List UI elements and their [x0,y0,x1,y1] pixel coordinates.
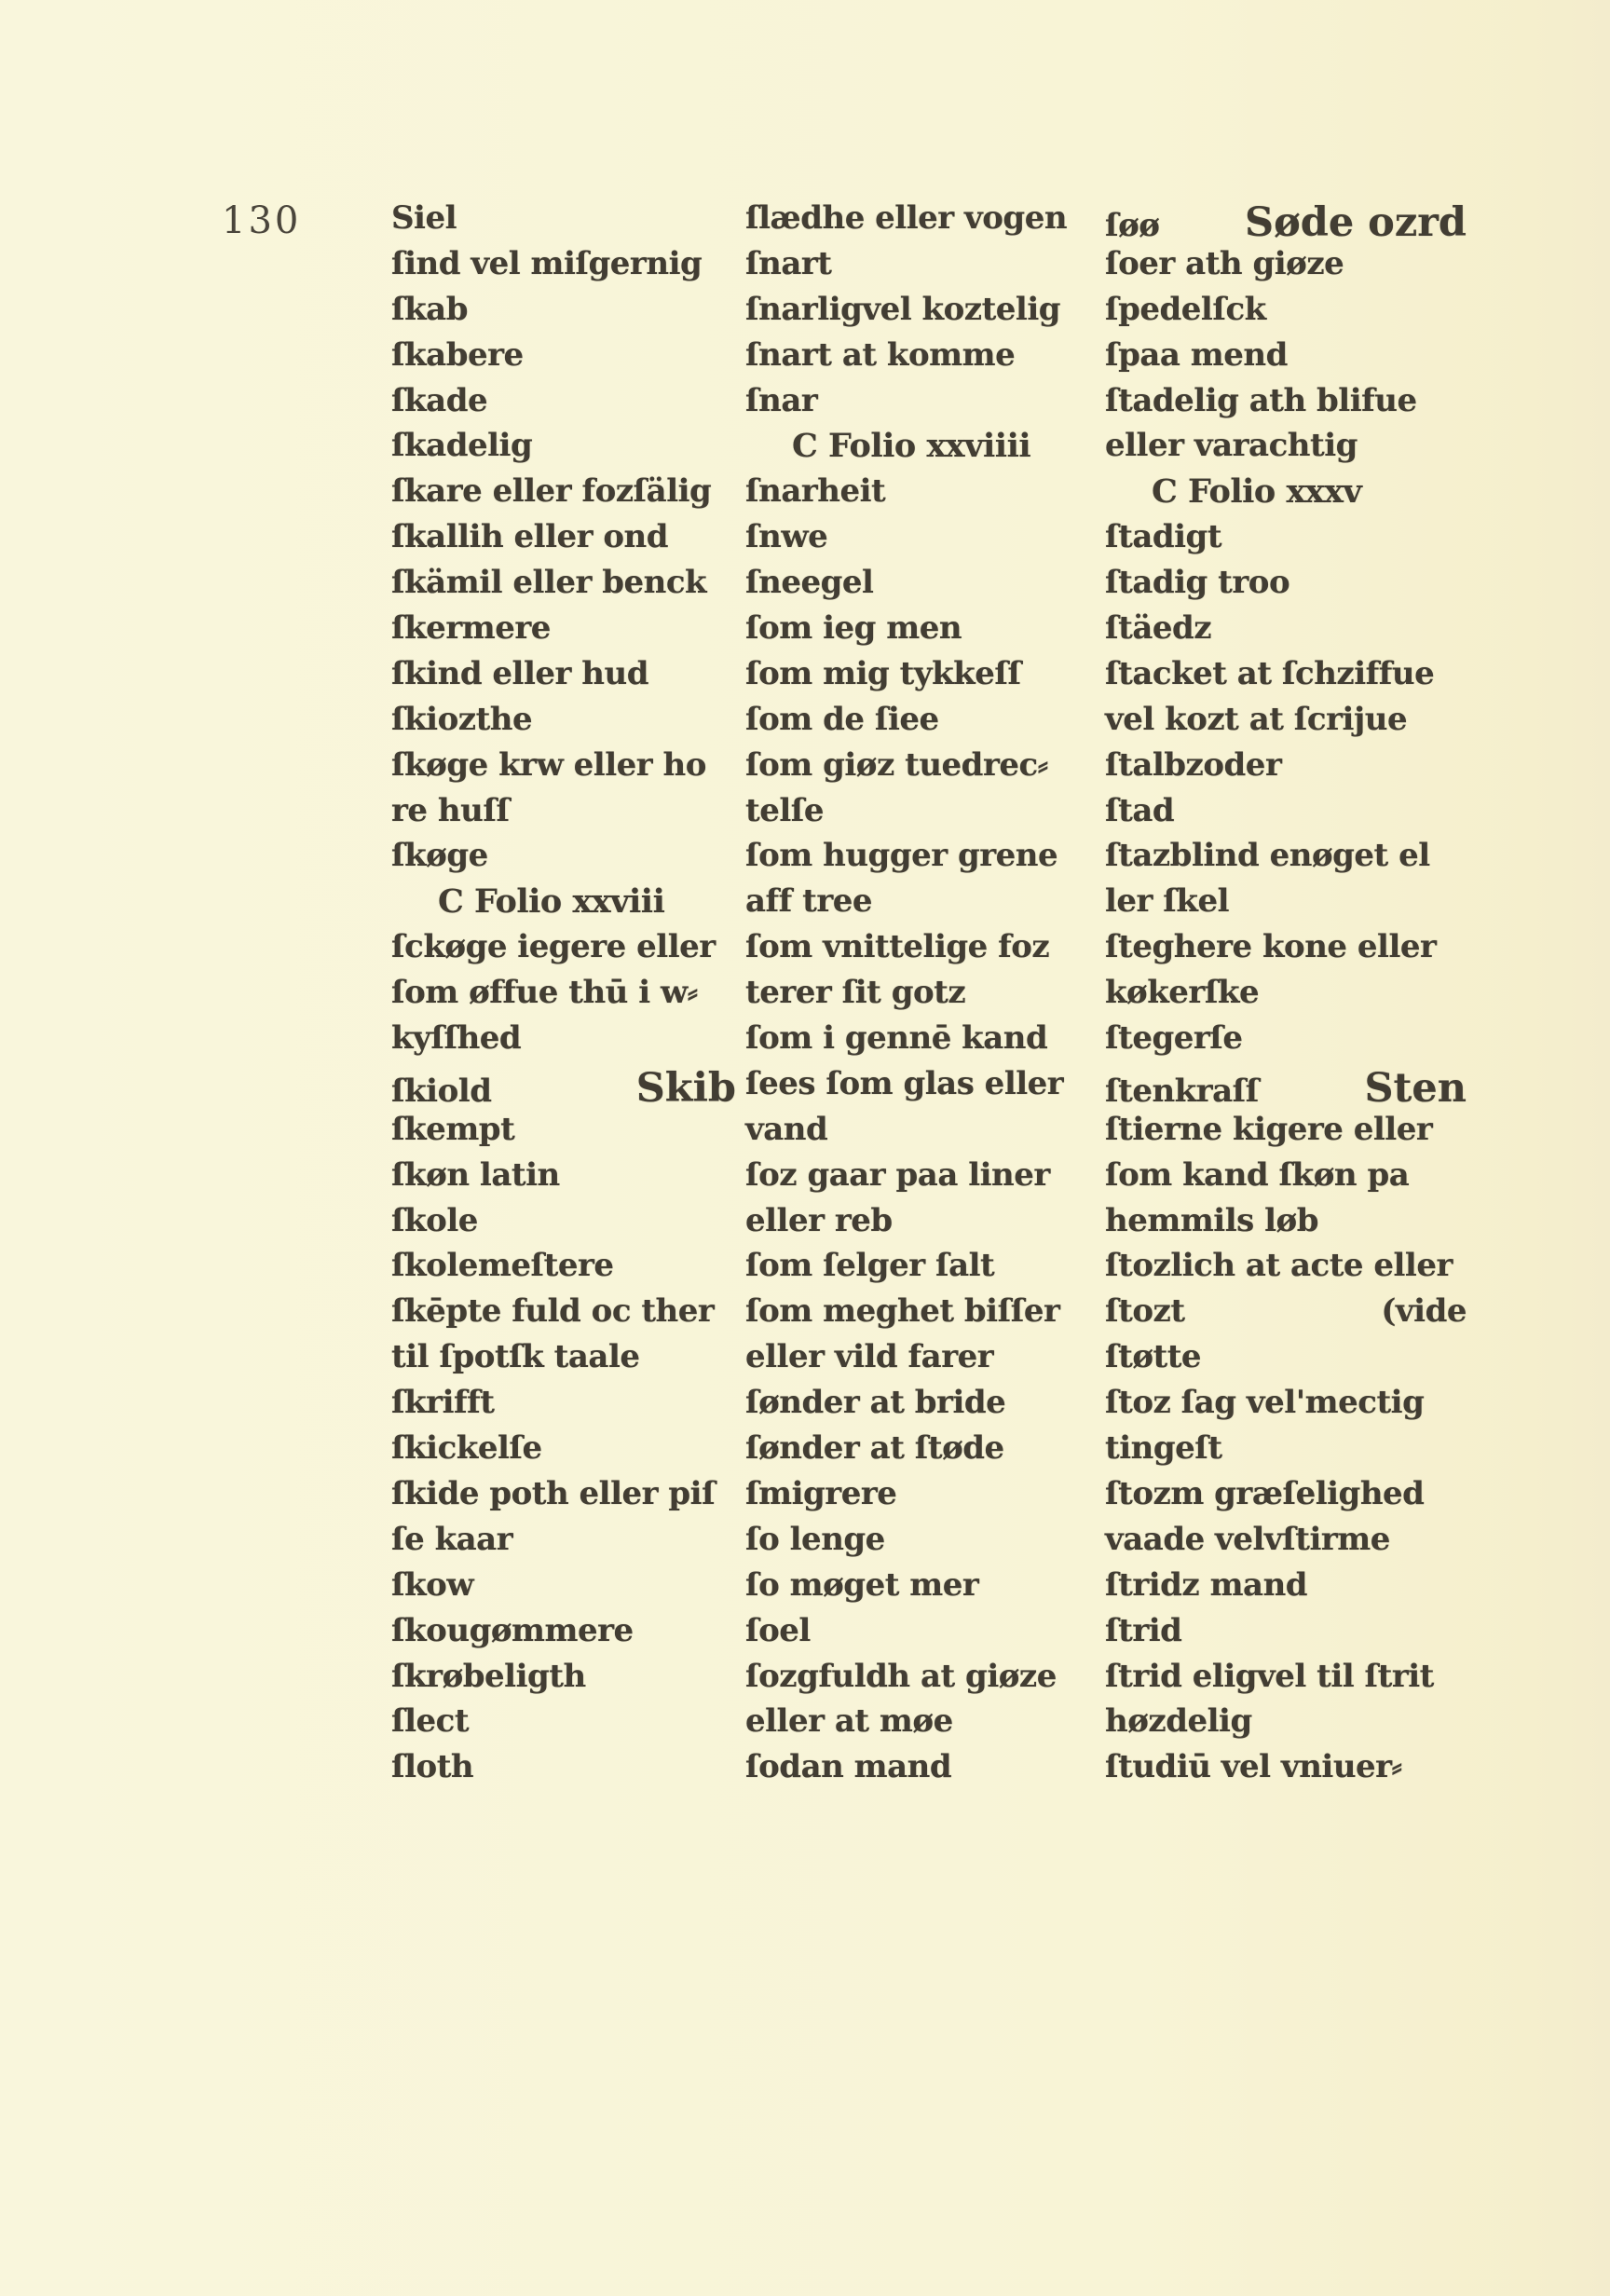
entry-line: ſtudiū vel vniuer⸗ [1105,1748,1467,1794]
entry-line: ſnwe [745,518,1094,564]
entry-word: ſoel [745,1612,811,1649]
entry-word: kyſſhed [391,1019,521,1057]
entry-word: ſom øffue thū i w⸗ [391,974,698,1011]
entry-word: ſpedelſck [1105,291,1266,328]
entry-line: ſkade [391,382,736,428]
entry-line: ſom kand ſkøn pa [1105,1156,1467,1202]
entry-word: ſkämil eller benck [391,564,706,601]
entry-word: ſtalbzoder [1105,746,1281,784]
entry-line: ſkämil eller benck [391,564,736,609]
entry-line: ſtozlich at acte eller [1105,1247,1467,1292]
entry-line: ler ſkel [1105,882,1467,928]
entry-word: ſtozm græſelighed [1105,1475,1424,1512]
entry-line: ſkøn latin [391,1156,736,1202]
entry-word: ſkabere [391,336,524,374]
entry-word: ſkempt [391,1111,514,1148]
entry-line: ſtridz mand [1105,1566,1467,1612]
entry-word: ſtrid eligvel til ſtrit [1105,1658,1434,1695]
entry-line: ſkadelig [391,427,736,472]
entry-word: telſe [745,792,824,829]
entry-line: ſom ſelger ſalt [745,1247,1094,1292]
book-page-scan: 130 Sielſind vel miſgernigſkabſkabereſka… [0,0,1610,2296]
entry-word: ſom de ſiee [745,701,939,738]
entry-word: Siel [391,199,457,237]
entry-line: ſkēpte fuld oc ther [391,1292,736,1338]
entry-word: eller at møe [745,1702,953,1740]
entry-line: ſtadelig ath blifue [1105,382,1467,428]
entry-line: ſtenkraſſSten [1105,1065,1467,1111]
folio-label: C Folio xxviiii [792,427,1030,465]
entry-word: til ſpotſk taale [391,1338,640,1375]
guide-word: Skib [629,1065,736,1112]
entry-line: ſkickelſe [391,1429,736,1475]
entry-line: ſtadigt [1105,518,1467,564]
entry-word: ſoer ath giøze [1105,245,1344,282]
entry-line: ſneegel [745,564,1094,609]
entry-line: ſkermere [391,609,736,655]
entry-word: ſkab [391,291,468,328]
entry-line: ſees ſom glas eller [745,1065,1094,1111]
entry-line: ſtazblind enøget el [1105,837,1467,882]
entry-word: ſom meghet biſſer [745,1292,1059,1330]
entry-word: ſtadelig ath blifue [1105,382,1417,419]
entry-line: eller reb [745,1202,1094,1248]
entry-line: ſkioldSkib [391,1065,736,1111]
entry-line: ſtad [1105,792,1467,838]
entry-line: ſom de ſiee [745,701,1094,746]
entry-word: ſom kand ſkøn pa [1105,1156,1409,1194]
word-list-column-2: ſlædhe eller vogenſnartſnarligvel koztel… [745,199,1094,1794]
entry-word: ſlædhe eller vogen [745,199,1067,237]
folio-heading: C Folio xxviiii [745,427,1094,472]
entry-word: ſoz gaar paa liner [745,1156,1050,1194]
folio-label: C Folio xxviii [438,882,664,921]
entry-word: ſkiozthe [391,701,532,738]
entry-word: re huſſ [391,792,510,829]
entry-line: ſtalbzoder [1105,746,1467,792]
entry-line: ſtegerſe [1105,1019,1467,1065]
entry-line: ſkrøbeligth [391,1658,736,1703]
entry-line: ſteghere kone eller [1105,928,1467,974]
entry-word: ſnar [745,382,817,419]
entry-line: ſtierne kigere eller [1105,1111,1467,1156]
entry-word: ſkade [391,382,487,419]
entry-line: vand [745,1111,1094,1156]
entry-word: ſom vnittelige foz [745,928,1049,965]
entry-line: ſoer ath giøze [1105,245,1467,291]
entry-line: ſe kaar [391,1521,736,1566]
entry-line: ſkabere [391,336,736,382]
entry-line: vaade velvſtirme [1105,1521,1467,1566]
entry-word: ſom giøz tuedrec⸗ [745,746,1048,784]
entry-line: telſe [745,792,1094,838]
entry-line: ſkolemeſtere [391,1247,736,1292]
entry-word: hemmils løb [1105,1202,1318,1239]
entry-line: ſoz gaar paa liner [745,1156,1094,1202]
entry-line: ſtäedz [1105,609,1467,655]
entry-word: ſkallih eller ond [391,518,668,555]
entry-word: ſtazblind enøget el [1105,837,1430,874]
entry-word: ſom hugger grene [745,837,1057,874]
entry-line: ſtozm græſelighed [1105,1475,1467,1521]
entry-word: køkerſke [1105,974,1259,1011]
entry-line: ſom meghet biſſer [745,1292,1094,1338]
entry-line: ſnart [745,245,1094,291]
entry-line: ſkare eller fozſälig [391,472,736,518]
entry-line: ſmigrere [745,1475,1094,1521]
entry-word: ſkide poth eller piſ [391,1475,715,1512]
entry-word: ſnarheit [745,472,885,510]
entry-word: ſtierne kigere eller [1105,1111,1432,1148]
entry-word: ſodan mand [745,1748,951,1785]
entry-line: ſpedelſck [1105,291,1467,336]
entry-word: ſkøge krw eller ho [391,746,706,784]
entry-line: ſom ieg men [745,609,1094,655]
entry-line: ſkøge krw eller ho [391,746,736,792]
entry-word: ſkolemeſtere [391,1247,614,1284]
entry-line: ſom hugger grene [745,837,1094,882]
entry-line: ſønder at ſtøde [745,1429,1094,1475]
entry-line: ſtoz ſag vel'mectig [1105,1384,1467,1429]
side-note: (vide [1373,1292,1467,1330]
entry-line: ſkind eller hud [391,655,736,701]
entry-word: ſnarligvel koztelig [745,291,1060,328]
entry-word: ſkrøbeligth [391,1658,586,1695]
entry-line: køkerſke [1105,974,1467,1019]
entry-word: ſckøge iegere eller [391,928,716,965]
entry-line: ſpaa mend [1105,336,1467,382]
entry-line: ſtrid [1105,1612,1467,1658]
entry-word: ſkole [391,1202,478,1239]
entry-line: ſtozt(vide [1105,1292,1467,1338]
entry-word: ſkare eller fozſälig [391,472,711,510]
entry-line: ſloth [391,1748,736,1794]
entry-word: ſo møget mer [745,1566,978,1604]
entry-line: terer ſit gotz [745,974,1094,1019]
entry-word: ſtacket at ſchziffue [1105,655,1434,692]
entry-word: ſønder at bride [745,1384,1005,1421]
entry-line: ſkole [391,1202,736,1248]
entry-line: ſkiozthe [391,701,736,746]
entry-line: ſlect [391,1702,736,1748]
entry-word: vand [745,1111,827,1148]
entry-word: vel kozt at ſcrijue [1105,701,1407,738]
entry-line: ſtøtte [1105,1338,1467,1384]
entry-line: kyſſhed [391,1019,736,1065]
entry-line: ſkempt [391,1111,736,1156]
entry-word: terer ſit gotz [745,974,965,1011]
entry-line: ſckøge iegere eller [391,928,736,974]
entry-line: ſom vnittelige foz [745,928,1094,974]
entry-word: tingeſt [1105,1429,1222,1467]
entry-word: ſønder at ſtøde [745,1429,1004,1467]
guide-word: Sten [1357,1065,1467,1112]
folio-heading: C Folio xxviii [391,882,736,928]
entry-word: eller varachtig [1105,427,1358,464]
entry-line: eller varachtig [1105,427,1467,472]
entry-line: re huſſ [391,792,736,838]
word-list-column-3: ſøøSøde ozrdſoer ath giøzeſpedelſckſpaa … [1105,199,1467,1794]
entry-line: Siel [391,199,736,245]
entry-line: ſkow [391,1566,736,1612]
entry-line: ſom øffue thū i w⸗ [391,974,736,1019]
entry-word: ſkow [391,1566,473,1604]
entry-word: ſneegel [745,564,873,601]
entry-word: ſmigrere [745,1475,896,1512]
entry-line: ſkide poth eller piſ [391,1475,736,1521]
entry-word: ſtadig troo [1105,564,1289,601]
entry-word: ſtudiū vel vniuer⸗ [1105,1748,1401,1785]
entry-line: ſom giøz tuedrec⸗ [745,746,1094,792]
entry-line: tingeſt [1105,1429,1467,1475]
entry-line: eller at møe [745,1702,1094,1748]
entry-line: ſkøge [391,837,736,882]
entry-line: ſodan mand [745,1748,1094,1794]
entry-word: ſnart [745,245,832,282]
entry-line: ſnarheit [745,472,1094,518]
entry-word: ſtad [1105,792,1174,829]
entry-word: ſtegerſe [1105,1019,1243,1057]
entry-word: eller reb [745,1202,893,1239]
entry-word: ſkadelig [391,427,532,464]
entry-line: ſo lenge [745,1521,1094,1566]
entry-line: ſøøSøde ozrd [1105,199,1467,245]
entry-line: ſkougømmere [391,1612,736,1658]
entry-line: ſønder at bride [745,1384,1094,1429]
entry-word: ſøø [1105,207,1159,244]
entry-word: ſom mig tykkeſſ [745,655,1021,692]
entry-line: til ſpotſk taale [391,1338,736,1384]
entry-line: ſnarligvel koztelig [745,291,1094,336]
entry-word: ler ſkel [1105,882,1229,920]
entry-line: ſkrifft [391,1384,736,1429]
entry-word: ſtridz mand [1105,1566,1307,1604]
entry-line: eller vild farer [745,1338,1094,1384]
guide-word: Søde ozrd [1237,199,1467,246]
entry-line: ſlædhe eller vogen [745,199,1094,245]
entry-word: ſkougømmere [391,1612,634,1649]
entry-line: vel kozt at ſcrijue [1105,701,1467,746]
entry-word: ſkøge [391,837,488,874]
folio-label: C Folio xxxv [1152,472,1361,511]
entry-word: ſtozlich at acte eller [1105,1247,1453,1284]
entry-word: ſlect [391,1702,469,1740]
entry-word: ſozgfuldh at giøze [745,1658,1057,1695]
entry-line: ſnar [745,382,1094,428]
entry-word: ſind vel miſgernig [391,245,702,282]
entry-word: ſe kaar [391,1521,512,1558]
entry-word: ſkrifft [391,1384,494,1421]
entry-word: ſtoz ſag vel'mectig [1105,1384,1424,1421]
entry-line: ſtacket at ſchziffue [1105,655,1467,701]
entry-line: ſozgfuldh at giøze [745,1658,1094,1703]
entry-word: ſo lenge [745,1521,885,1558]
entry-word: ſkēpte fuld oc ther [391,1292,714,1330]
entry-word: ſtäedz [1105,609,1211,647]
entry-word: ſtadigt [1105,518,1221,555]
entry-word: ſpaa mend [1105,336,1288,374]
entry-line: ſo møget mer [745,1566,1094,1612]
entry-line: ſkallih eller ond [391,518,736,564]
folio-heading: C Folio xxxv [1105,472,1467,518]
entry-word: aff tree [745,882,872,920]
entry-line: ſkab [391,291,736,336]
entry-word: ſloth [391,1748,473,1785]
entry-word: ſkermere [391,609,551,647]
word-list-column-1: Sielſind vel miſgernigſkabſkabereſkadeſk… [391,199,736,1794]
entry-line: ſtrid eligvel til ſtrit [1105,1658,1467,1703]
entry-word: ſkind eller hud [391,655,648,692]
page-number: 130 [222,199,301,242]
entry-word: ſnart at komme [745,336,1015,374]
entry-line: ſom mig tykkeſſ [745,655,1094,701]
entry-word: ſteghere kone eller [1105,928,1436,965]
entry-word: ſtenkraſſ [1105,1073,1259,1110]
entry-word: ſkickelſe [391,1429,542,1467]
entry-line: ſtadig troo [1105,564,1467,609]
entry-word: ſkiold [391,1073,491,1110]
entry-word: ſtozt [1105,1292,1185,1330]
entry-word: ſnwe [745,518,827,555]
entry-line: ſind vel miſgernig [391,245,736,291]
entry-word: ſtrid [1105,1612,1181,1649]
entry-line: ſoel [745,1612,1094,1658]
entry-word: ſkøn latin [391,1156,560,1194]
entry-word: ſom i gennē kand [745,1019,1047,1057]
entry-word: ſees ſom glas eller [745,1065,1063,1102]
entry-line: høzdelig [1105,1702,1467,1748]
entry-word: vaade velvſtirme [1105,1521,1390,1558]
entry-word: ſom ſelger ſalt [745,1247,994,1284]
entry-line: ſnart at komme [745,336,1094,382]
entry-word: høzdelig [1105,1702,1252,1740]
entry-line: hemmils løb [1105,1202,1467,1248]
entry-word: ſtøtte [1105,1338,1201,1375]
entry-line: ſom i gennē kand [745,1019,1094,1065]
entry-word: eller vild farer [745,1338,993,1375]
entry-word: ſom ieg men [745,609,962,647]
entry-line: aff tree [745,882,1094,928]
